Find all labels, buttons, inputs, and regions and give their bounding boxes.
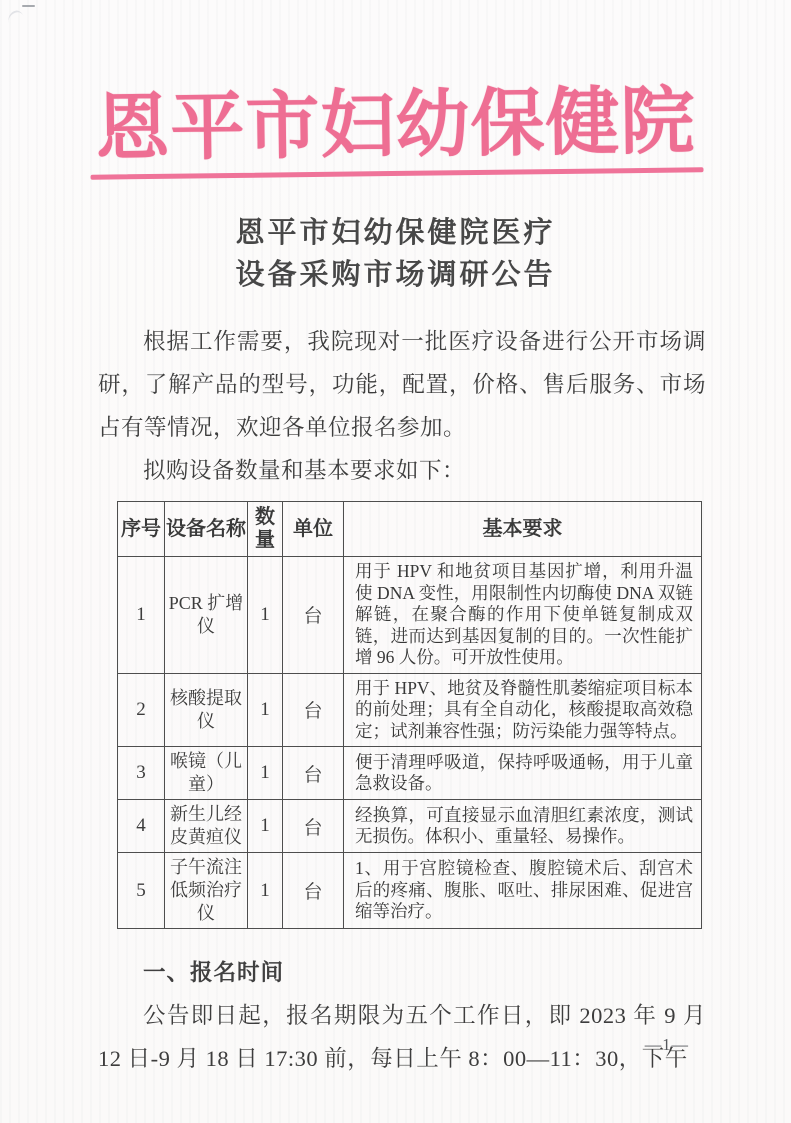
header-equipment-name: 设备名称 xyxy=(165,502,248,557)
document-page: 恩平市妇幼保健院 恩平市妇幼保健院医疗 设备采购市场调研公告 根据工作需要，我院… xyxy=(0,0,791,1123)
table-row: 4 新生儿经皮黄疸仪 1 台 经换算，可直接显示血清胆红素浓度，测试无损伤。体积… xyxy=(118,800,702,853)
cell-requirement: 经换算，可直接显示血清胆红素浓度，测试无损伤。体积小、重量轻、易操作。 xyxy=(344,800,702,853)
cell-serial: 1 xyxy=(118,557,165,674)
cell-serial: 3 xyxy=(118,747,165,800)
cell-requirement: 用于 HPV、地贫及脊髓性肌萎缩症项目标本的前处理；具有全自动化，核酸提取高效稳… xyxy=(344,673,702,747)
cell-quantity: 1 xyxy=(248,747,283,800)
hospital-letterhead: 恩平市妇幼保健院 xyxy=(0,79,791,181)
table-row: 3 喉镜（儿童） 1 台 便于清理呼吸道，保持呼吸通畅，用于儿童急救设备。 xyxy=(118,747,702,800)
cell-unit: 台 xyxy=(283,853,344,929)
cell-unit: 台 xyxy=(283,747,344,800)
header-serial-number: 序号 xyxy=(118,502,165,557)
header-quantity: 数量 xyxy=(248,502,283,557)
cell-serial: 5 xyxy=(118,853,165,929)
cell-unit: 台 xyxy=(283,557,344,674)
page-number: —1— xyxy=(645,1035,689,1055)
scan-artifact-smudge xyxy=(6,9,24,23)
document-body: 根据工作需要，我院现对一批医疗设备进行公开市场调研，了解产品的型号，功能，配置，… xyxy=(98,320,706,1080)
signup-time-paragraph: 公告即日起，报名期限为五个工作日，即 2023 年 9 月 12 日-9 月 1… xyxy=(98,994,706,1080)
cell-equipment: 新生儿经皮黄疸仪 xyxy=(165,800,248,853)
cell-equipment: 子午流注低频治疗仪 xyxy=(165,853,248,929)
header-unit: 单位 xyxy=(283,502,344,557)
intro-paragraph: 根据工作需要，我院现对一批医疗设备进行公开市场调研，了解产品的型号，功能，配置，… xyxy=(98,320,706,449)
cell-quantity: 1 xyxy=(248,557,283,674)
cell-equipment: 核酸提取仪 xyxy=(165,673,248,747)
cell-quantity: 1 xyxy=(248,800,283,853)
scan-artifact-dash xyxy=(22,5,35,7)
document-title-line1: 恩平市妇幼保健院医疗 xyxy=(0,212,791,254)
table-row: 2 核酸提取仪 1 台 用于 HPV、地贫及脊髓性肌萎缩症项目标本的前处理；具有… xyxy=(118,673,702,747)
document-title: 恩平市妇幼保健院医疗 设备采购市场调研公告 xyxy=(0,212,791,296)
document-title-line2: 设备采购市场调研公告 xyxy=(0,254,791,296)
equipment-table: 序号 设备名称 数量 单位 基本要求 1 PCR 扩增仪 1 台 用于 HPV … xyxy=(117,501,702,929)
cell-requirement: 便于清理呼吸道，保持呼吸通畅，用于儿童急救设备。 xyxy=(344,747,702,800)
hospital-name-banner: 恩平市妇幼保健院 xyxy=(0,79,791,173)
cell-quantity: 1 xyxy=(248,673,283,747)
table-row: 5 子午流注低频治疗仪 1 台 1、用于宫腔镜检查、腹腔镜术后、刮宫术后的疼痛、… xyxy=(118,853,702,929)
cell-serial: 4 xyxy=(118,800,165,853)
cell-requirement: 1、用于宫腔镜检查、腹腔镜术后、刮宫术后的疼痛、腹胀、呕吐、排尿困难、促进宫缩等… xyxy=(344,853,702,929)
cell-requirement: 用于 HPV 和地贫项目基因扩增，利用升温使 DNA 变性，用限制性内切酶使 D… xyxy=(344,557,702,674)
cell-unit: 台 xyxy=(283,673,344,747)
cell-serial: 2 xyxy=(118,673,165,747)
table-row: 1 PCR 扩增仪 1 台 用于 HPV 和地贫项目基因扩增，利用升温使 DNA… xyxy=(118,557,702,674)
header-basic-requirements: 基本要求 xyxy=(344,502,702,557)
cell-unit: 台 xyxy=(283,800,344,853)
cell-equipment: 喉镜（儿童） xyxy=(165,747,248,800)
cell-equipment: PCR 扩增仪 xyxy=(165,557,248,674)
table-intro-paragraph: 拟购设备数量和基本要求如下： xyxy=(98,449,706,492)
table-header-row: 序号 设备名称 数量 单位 基本要求 xyxy=(118,502,702,557)
cell-quantity: 1 xyxy=(248,853,283,929)
section-heading-signup-time: 一、报名时间 xyxy=(98,951,706,994)
